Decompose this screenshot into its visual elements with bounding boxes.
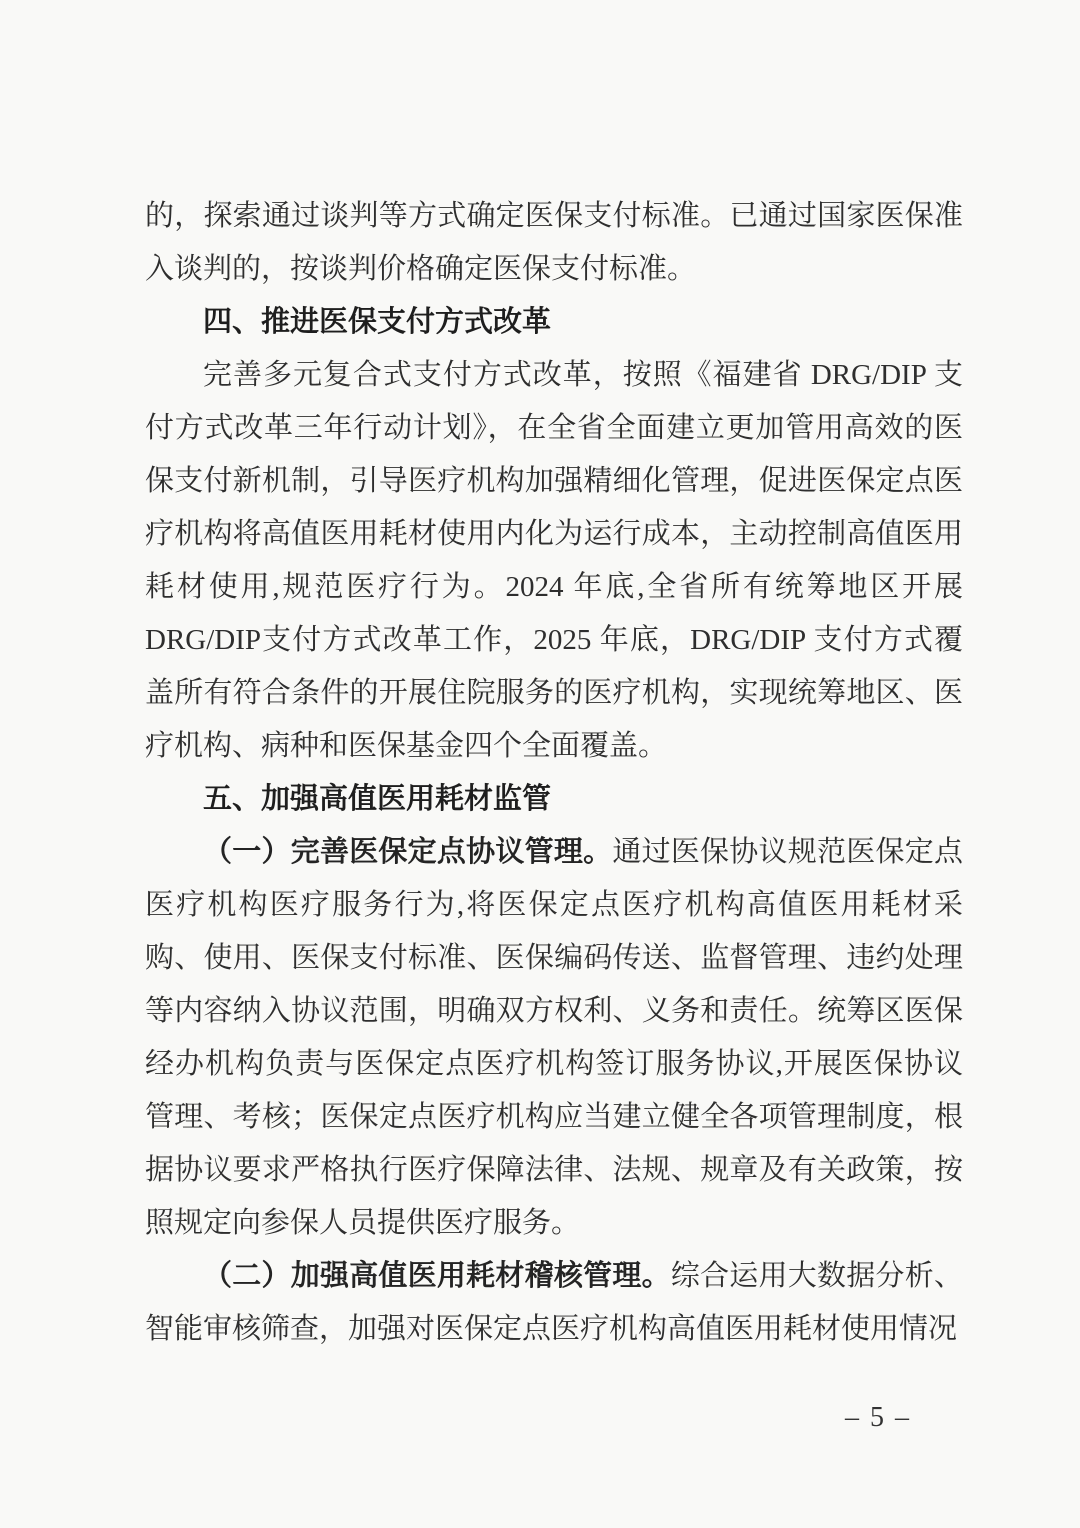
paragraph-section-5-item-1: （一）完善医保定点协议管理。通过医保协议规范医保定点医疗机构医疗服务行为,将医保… (145, 826, 963, 1250)
document-page: 的，探索通过谈判等方式确定医保支付标准。已通过国家医保准入谈判的，按谈判价格确定… (0, 0, 1080, 1528)
item-1-body-text: 通过医保协议规范医保定点医疗机构医疗服务行为,将医保定点医疗机构高值医用耗材采购… (145, 836, 963, 1239)
page-number: – 5 – (845, 1402, 911, 1434)
document-content: 的，探索通过谈判等方式确定医保支付标准。已通过国家医保准入谈判的，按谈判价格确定… (145, 190, 963, 1356)
paragraph-section-5-item-2: （二）加强高值医用耗材稽核管理。综合运用大数据分析、智能审核筛查，加强对医保定点… (145, 1250, 963, 1356)
item-2-lead-bold: （二）加强高值医用耗材稽核管理。 (203, 1260, 671, 1292)
paragraph-section-4: 完善多元复合式支付方式改革，按照《福建省 DRG/DIP 支付方式改革三年行动计… (145, 349, 963, 773)
section-heading-5: 五、加强高值医用耗材监管 (145, 773, 963, 826)
item-1-lead-bold: （一）完善医保定点协议管理。 (203, 836, 612, 868)
paragraph-continuation: 的，探索通过谈判等方式确定医保支付标准。已通过国家医保准入谈判的，按谈判价格确定… (145, 190, 963, 296)
section-heading-4: 四、推进医保支付方式改革 (145, 296, 963, 349)
